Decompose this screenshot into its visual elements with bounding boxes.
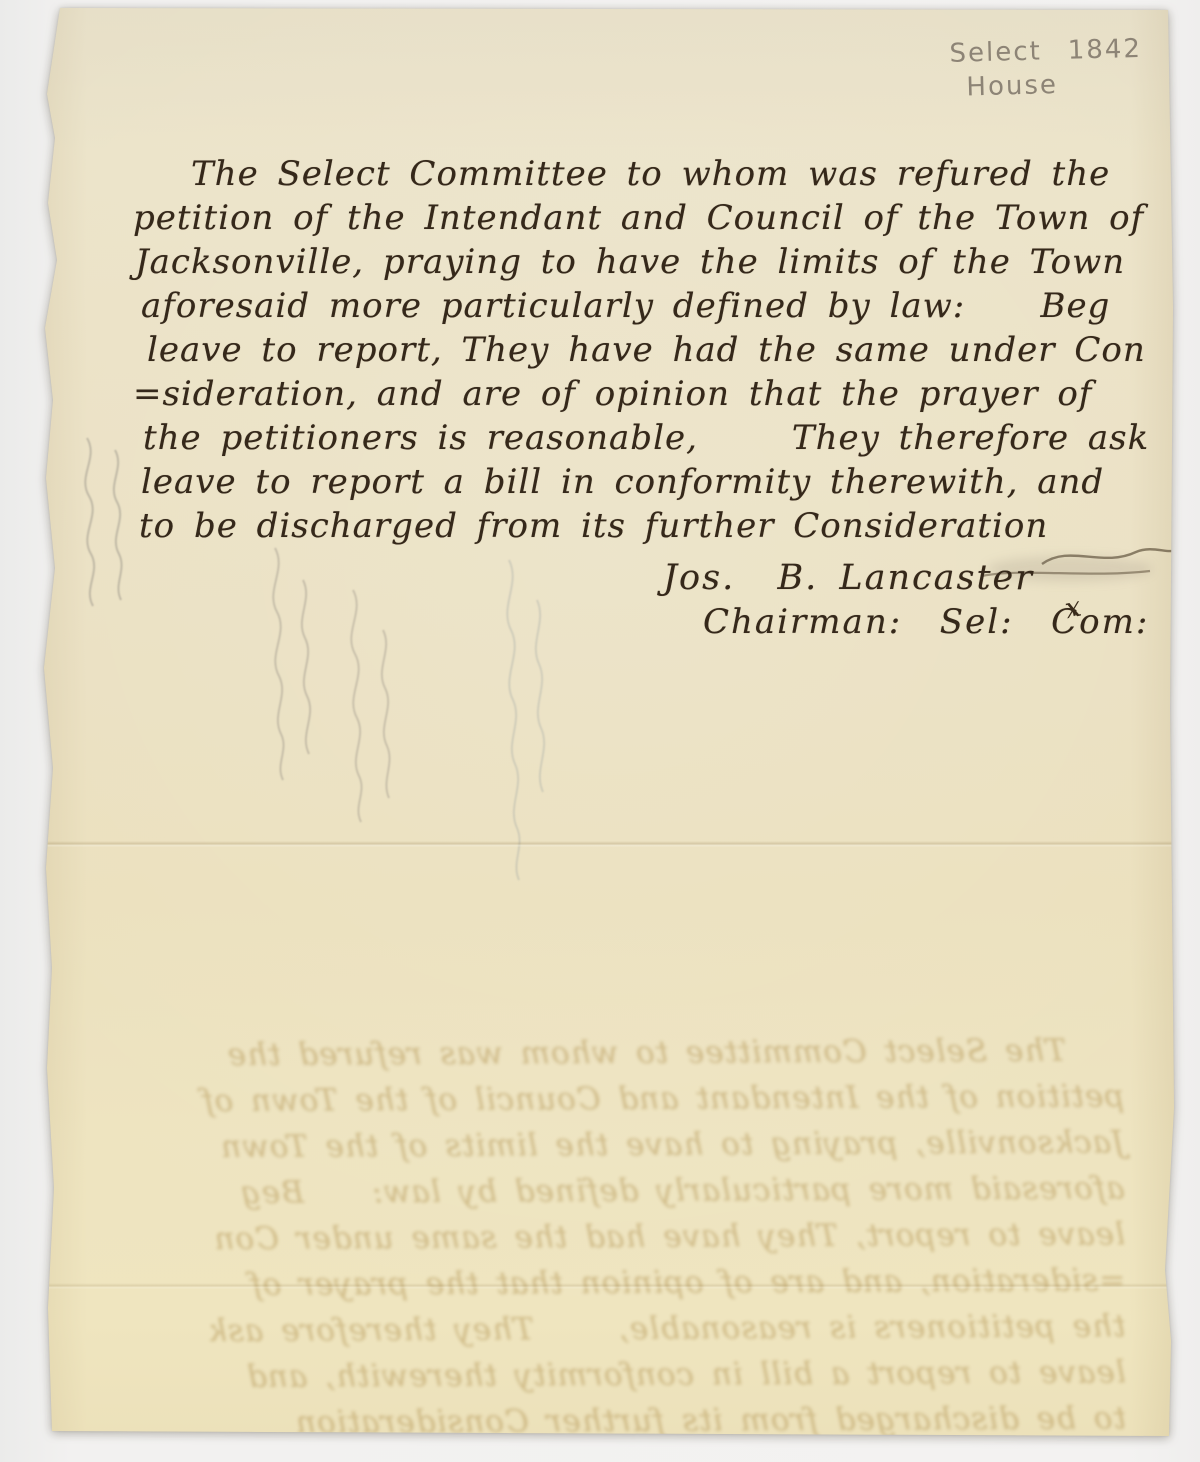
text-line: petition of the Intendant and Council of… <box>133 196 1143 240</box>
bleed-line: aforesaid more particularly defined by l… <box>95 1165 1125 1216</box>
bleed-line: leave to report a bill in conformity the… <box>96 1349 1126 1400</box>
archival-annotation: Select 1842 House <box>949 33 1171 103</box>
annotation-house-label: House <box>966 67 1171 102</box>
signature: Jos. B. Lancaster <box>663 558 1034 598</box>
bleed-line: Jacksonville, praying to have the limits… <box>94 1119 1124 1170</box>
text-line: aforesaid more particularly defined by l… <box>141 284 1143 328</box>
bleed-line: The Select Committee to whom was refured… <box>94 1028 1066 1079</box>
manuscript-page: Select 1842 House The Select Committee t… <box>42 8 1175 1436</box>
text-line: leave to report, They have had the same … <box>147 328 1143 372</box>
photo-background: Select 1842 House The Select Committee t… <box>0 0 1200 1462</box>
text-line: Jacksonville, praying to have the limits… <box>135 240 1143 284</box>
text-line: The Select Committee to whom was refured… <box>191 152 1143 196</box>
bleed-line: leave to report, They have had the same … <box>95 1211 1125 1262</box>
text-line: =sideration, and are of opinion that the… <box>133 372 1143 416</box>
ghost-pencil-marks <box>57 420 617 960</box>
bleed-line: =sideration, and are of opinion that the… <box>95 1257 1125 1308</box>
bleedthrough-text: The Select Committee to whom was refured… <box>94 1027 1126 1446</box>
bleed-line: petition of the Intendant and Council of… <box>94 1073 1124 1124</box>
manuscript-sheet-wrap: Select 1842 House The Select Committee t… <box>42 8 1175 1436</box>
bleed-line: the petitioners is reasonable, They ther… <box>95 1303 1125 1354</box>
annotation-year-label: 1842 <box>1067 34 1142 66</box>
bleed-line: to be discharged from its further Consid… <box>96 1395 1126 1446</box>
annotation-select-label: Select <box>949 36 1042 68</box>
